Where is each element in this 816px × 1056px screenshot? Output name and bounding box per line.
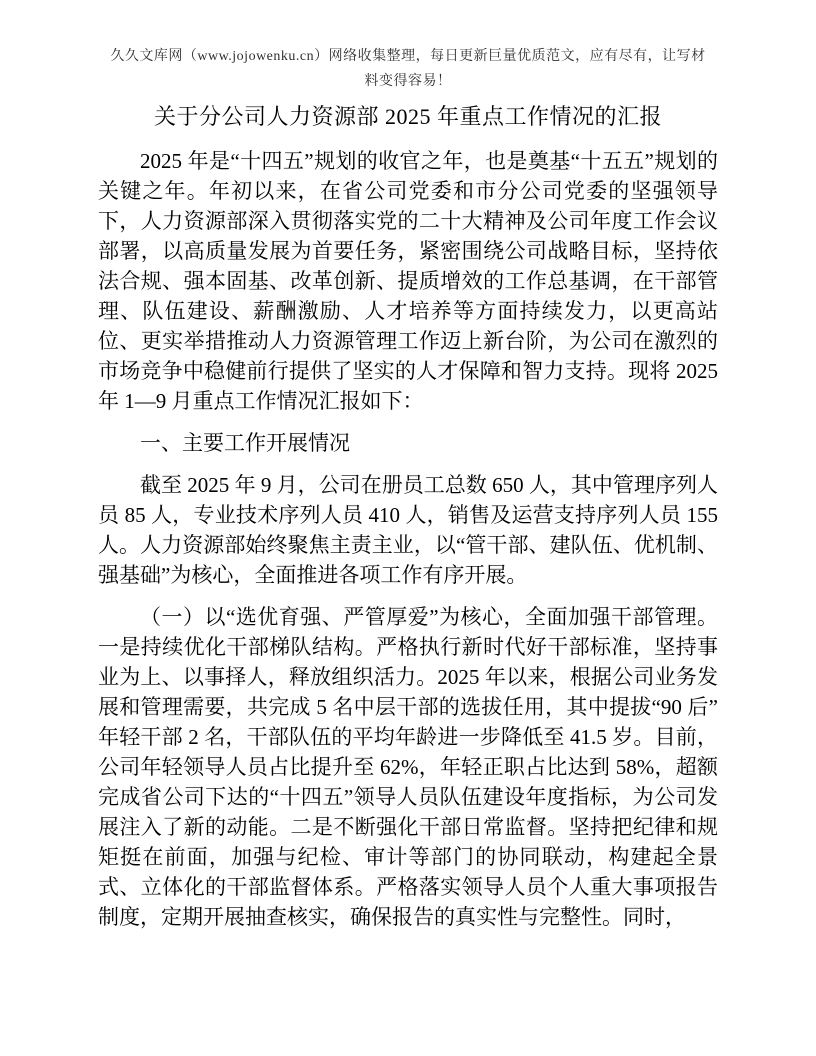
document-page: 久久文库网（www.jojowenku.cn）网络收集整理，每日更新巨量优质范文…	[0, 0, 816, 1056]
watermark-header: 久久文库网（www.jojowenku.cn）网络收集整理，每日更新巨量优质范文…	[104, 44, 712, 94]
section-heading-main-work: 一、主要工作开展情况	[98, 428, 718, 458]
paragraph-cadre-management: （一）以“选优育强、严管厚爱”为核心，全面加强干部管理。一是持续优化干部梯队结构…	[98, 602, 718, 932]
document-body: 2025 年是“十四五”规划的收官之年，也是奠基“十五五”规划的关键之年。年初以…	[98, 146, 718, 932]
paragraph-staff-overview: 截至 2025 年 9 月，公司在册员工总数 650 人，其中管理序列人员 85…	[98, 470, 718, 590]
document-title: 关于分公司人力资源部 2025 年重点工作情况的汇报	[98, 102, 718, 132]
paragraph-intro: 2025 年是“十四五”规划的收官之年，也是奠基“十五五”规划的关键之年。年初以…	[98, 146, 718, 416]
